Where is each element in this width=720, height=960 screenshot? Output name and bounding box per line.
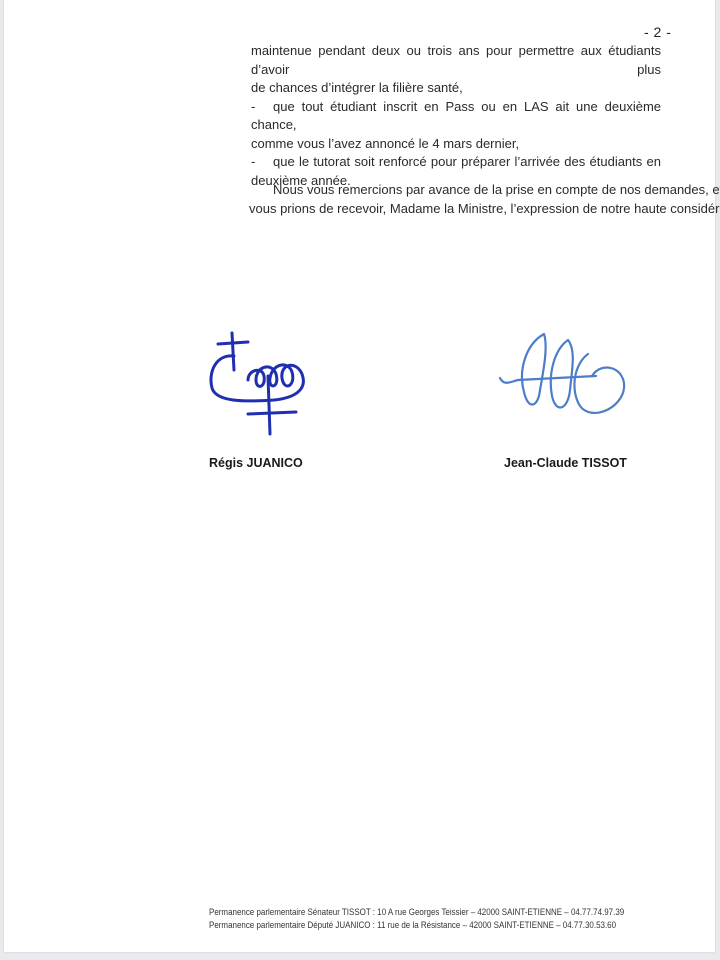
bullet-continuation: comme vous l’avez annoncé le 4 mars dern… [251, 135, 661, 154]
bullet-dash: - [251, 153, 273, 172]
signature-tissot [496, 330, 636, 420]
bullet-dash: - [251, 98, 273, 117]
letterhead-footer: Permanence parlementaire Sénateur TISSOT… [209, 906, 624, 932]
page-number: - 2 - [644, 24, 671, 40]
body-line: de chances d’intégrer la filière santé, [251, 79, 661, 98]
bullet-text: que tout étudiant inscrit en Pass ou en … [251, 99, 661, 133]
footer-address-juanico: Permanence parlementaire Député JUANICO … [209, 919, 624, 932]
letter-page: - 2 - maintenue pendant deux ou trois an… [4, 0, 715, 952]
bullet-first-line: -que le tutorat soit renforcé pour prépa… [251, 153, 661, 172]
bullet-item: -que tout étudiant inscrit en Pass ou en… [251, 98, 661, 154]
footer-address-tissot: Permanence parlementaire Sénateur TISSOT… [209, 906, 624, 919]
signatory-name: Régis JUANICO [209, 456, 303, 470]
requests-paragraph: maintenue pendant deux ou trois ans pour… [251, 42, 661, 190]
body-line: maintenue pendant deux ou trois ans pour… [251, 42, 661, 79]
closing-paragraph: Nous vous remercions par avance de la pr… [251, 181, 661, 218]
signature-juanico [204, 330, 314, 440]
closing-line: vous prions de recevoir, Madame la Minis… [249, 200, 661, 219]
closing-line: Nous vous remercions par avance de la pr… [251, 181, 661, 200]
signatory-name: Jean-Claude TISSOT [504, 456, 627, 470]
bullet-first-line: -que tout étudiant inscrit en Pass ou en… [251, 98, 661, 135]
bullet-text: que le tutorat soit renforcé pour prépar… [273, 154, 661, 169]
